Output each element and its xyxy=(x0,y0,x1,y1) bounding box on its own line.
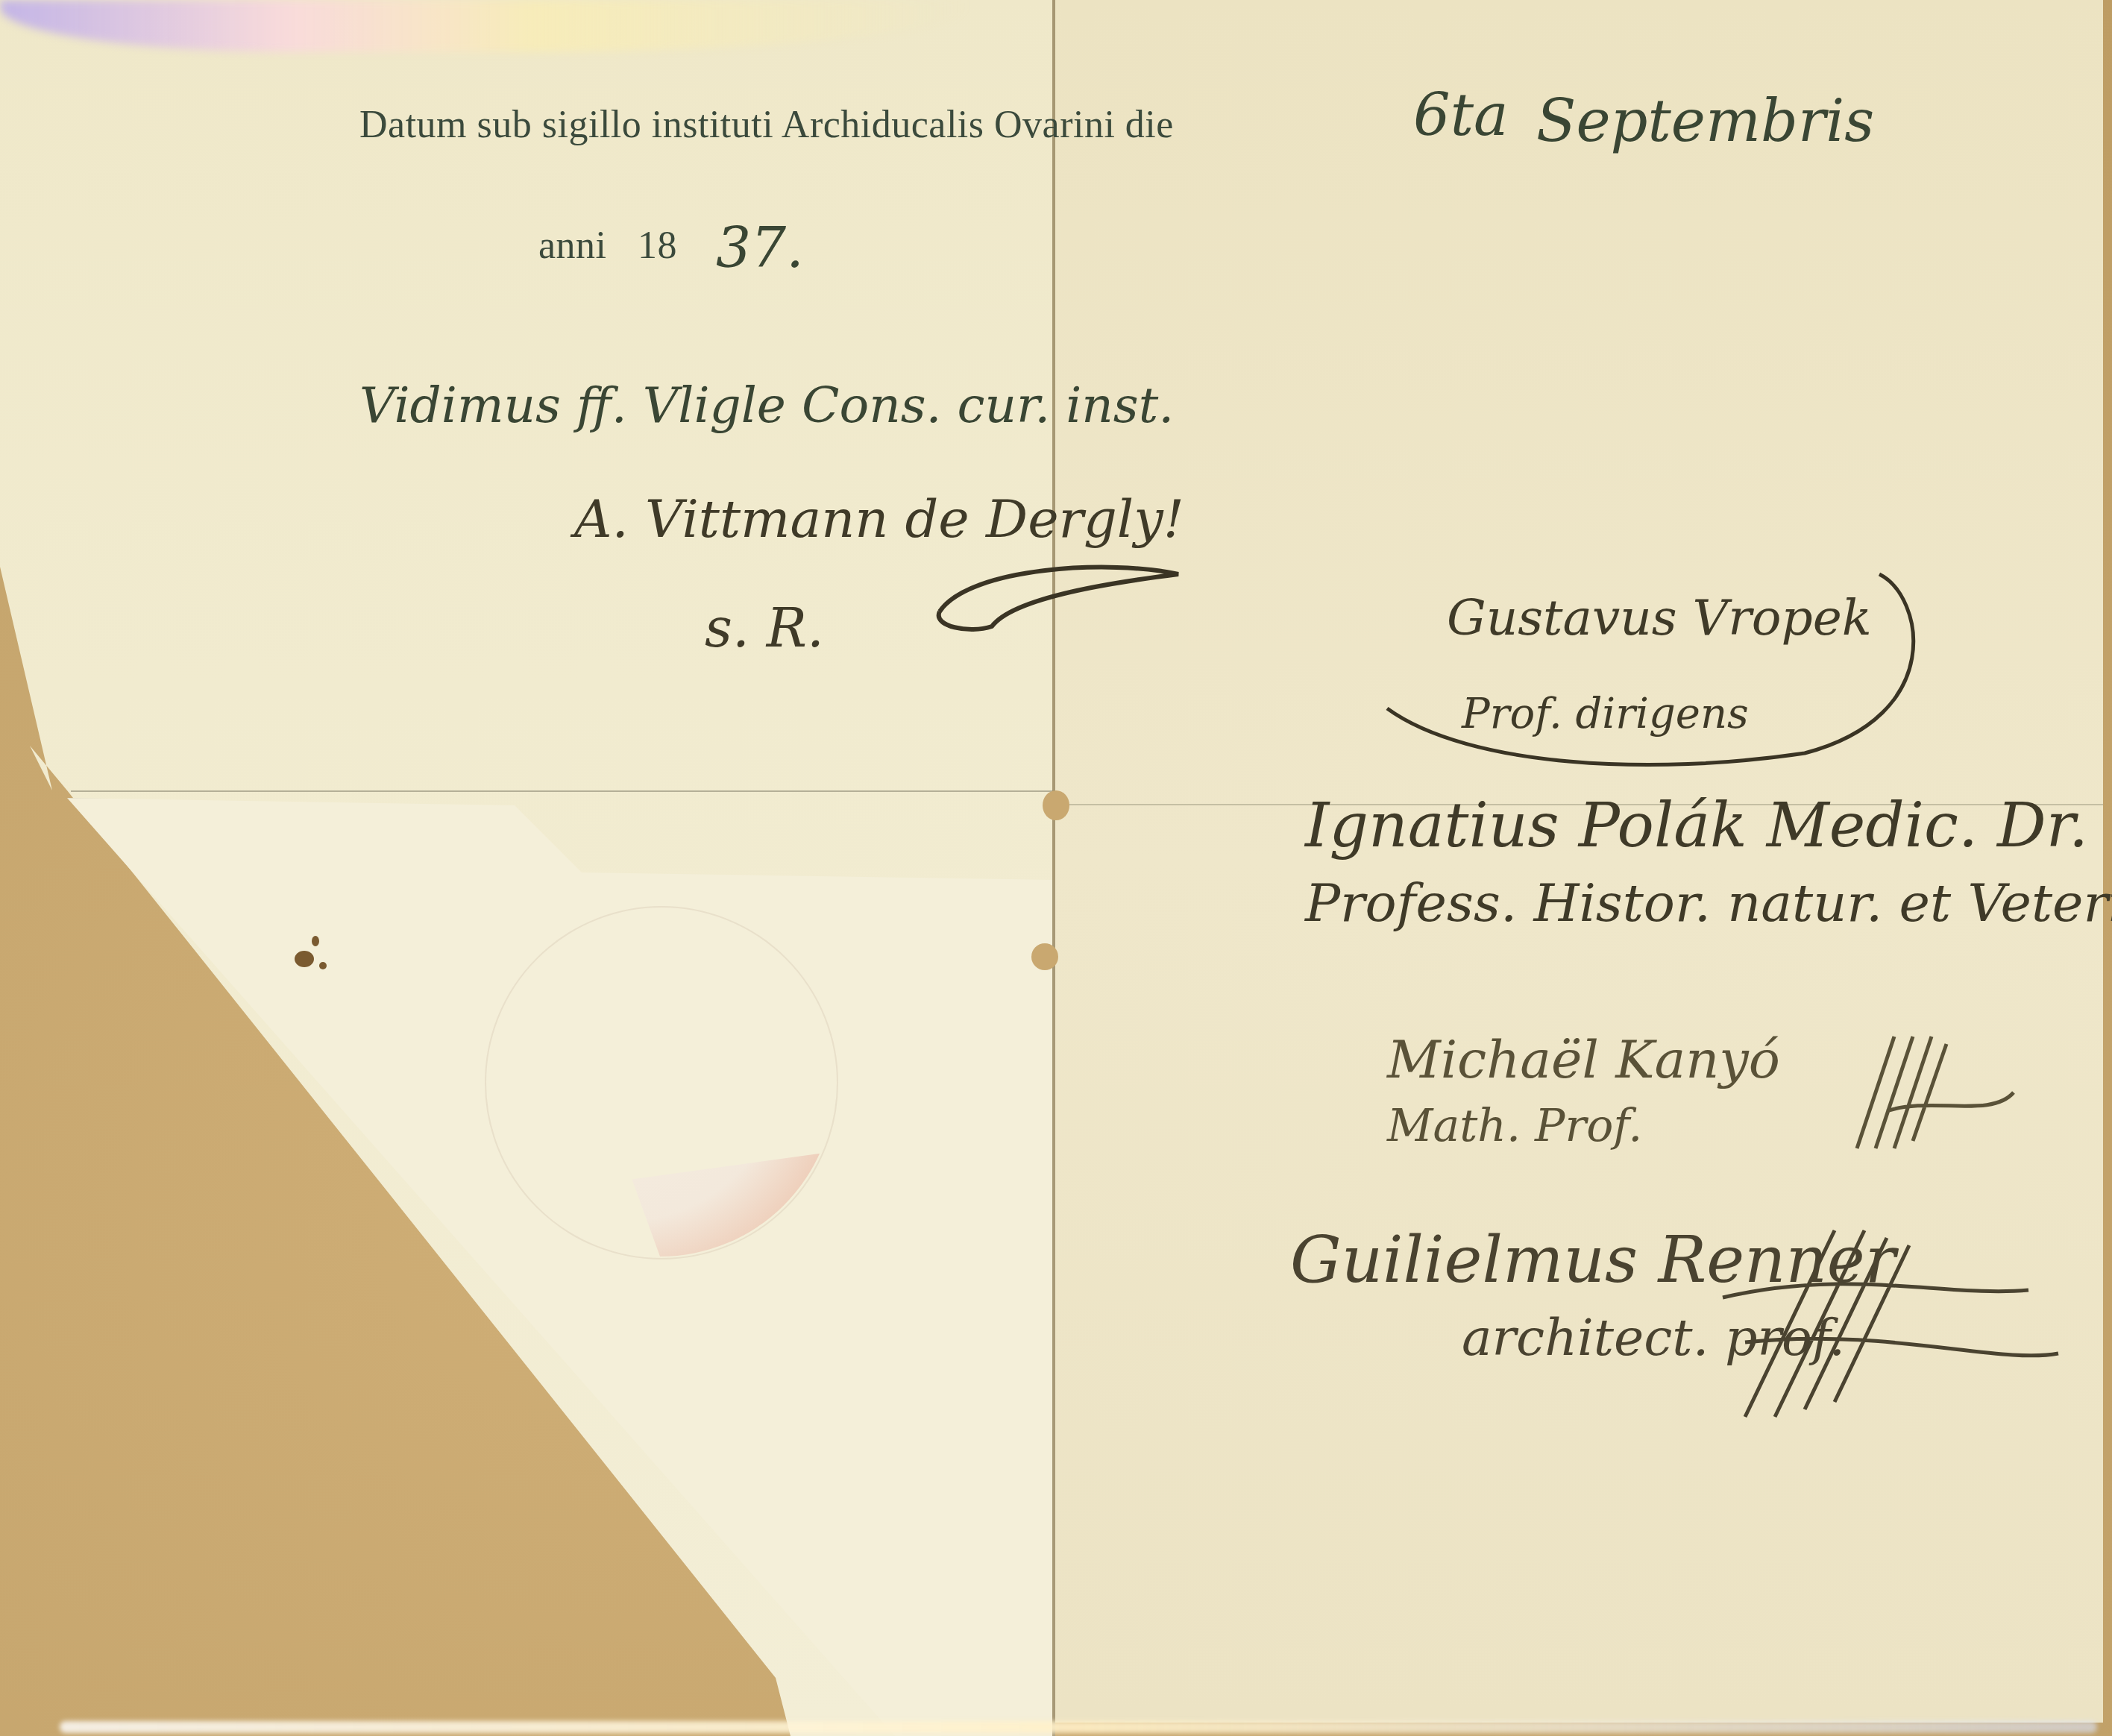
ink-stain xyxy=(295,951,314,967)
paper-hole xyxy=(1043,790,1069,820)
signature-michael-title: Math. Prof. xyxy=(1387,1100,1642,1152)
ink-stain xyxy=(319,962,327,969)
vidimus-line-2: A. Vittmann de Dergly! xyxy=(574,488,1184,550)
datum-line: Datum sub sigillo instituti Archiducalis… xyxy=(359,103,1174,147)
fold-crease-edge xyxy=(71,790,1055,792)
signature-ignatius-title: Profess. Histor. natur. et Veterinar. xyxy=(1305,872,2112,934)
handwritten-month: Septembris xyxy=(1536,88,1874,155)
center-fold xyxy=(1052,0,1055,1736)
signature-ignatius-name: Ignatius Polák Medic. Dr. xyxy=(1305,790,2088,861)
anni-line: anni 18 xyxy=(538,224,677,268)
ink-stain xyxy=(312,936,319,946)
signature-hatching-icon xyxy=(1842,1022,2021,1156)
signature-hatching-icon xyxy=(1700,1215,2073,1424)
paper-hole xyxy=(1031,943,1058,970)
handwritten-day: 6ta xyxy=(1413,82,1508,149)
vidimus-line-3: s. R. xyxy=(705,597,824,659)
signature-michael-name: Michaël Kanyó xyxy=(1387,1029,1780,1090)
signature-flourish-icon xyxy=(925,552,1193,634)
signature-loop-icon xyxy=(1357,552,1924,776)
datum-printed-text: Datum sub sigillo instituti Archiducalis… xyxy=(359,104,1174,146)
vidimus-line-1: Vidimus ff. Vligle Cons. cur. inst. xyxy=(359,377,1174,434)
scan-glare xyxy=(60,1721,2097,1733)
right-page xyxy=(1055,0,2103,1723)
handwritten-year: 37. xyxy=(716,216,804,280)
